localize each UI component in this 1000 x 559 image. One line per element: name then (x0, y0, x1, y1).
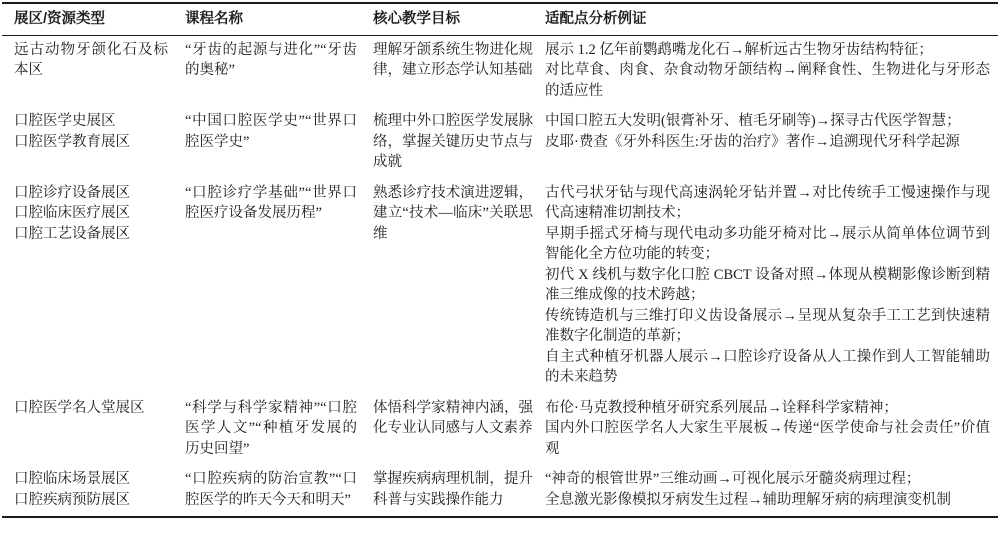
exhibit-area-cell: 口腔医学名人堂展区 (2, 394, 185, 466)
examples-cell: 布伦·马克教授种植牙研究系列展品→诠释科学家精神；国内外口腔医学名人大家生平展板… (545, 394, 998, 466)
exhibit-area-name: 口腔临床场景展区 (14, 469, 168, 490)
example-item: 展示 1.2 亿年前鹦鹉嘴龙化石→解析远古生物牙齿结构特征； (545, 40, 990, 61)
course-cell: “口腔疾病的防治宣教”“口腔医学的昨天今天和明天” (185, 465, 373, 517)
table-row: 远古动物牙颌化石及标本区“牙齿的起源与进化”“牙齿的奥秘”理解牙颌系统生物进化规… (2, 35, 998, 107)
exhibit-area-name: 口腔诊疗设备展区 (14, 183, 168, 204)
exhibit-area-name: 远古动物牙颌化石及标本区 (14, 40, 168, 81)
example-item: 布伦·马克教授种植牙研究系列展品→诠释科学家精神； (545, 398, 990, 419)
course-name: “口腔诊疗学基础” (185, 185, 305, 201)
exhibit-area-name: 口腔临床医疗展区 (14, 203, 168, 224)
teaching-goal-text: 梳理中外口腔医学发展脉络，掌握关键历史节点与成就 (373, 111, 533, 173)
table-row: 口腔医学史展区口腔医学教育展区“中国口腔医学史”“世界口腔医学史”梳理中外口腔医… (2, 107, 998, 179)
examples-cell: 中国口腔五大发明(银膏补牙、植毛牙刷等)→探寻古代医学智慧；皮耶·费查《牙外科医… (545, 107, 998, 179)
course-cell: “中国口腔医学史”“世界口腔医学史” (185, 107, 373, 179)
example-item: 初代 X 线机与数字化口腔 CBCT 设备对照→体现从模糊影像诊断到精准三维成像… (545, 265, 990, 306)
teaching-goal-cell: 熟悉诊疗技术演进逻辑，建立“技术—临床”关联思维 (373, 179, 545, 394)
table-row: 口腔临床场景展区口腔疾病预防展区“口腔疾病的防治宣教”“口腔医学的昨天今天和明天… (2, 465, 998, 517)
table-body: 远古动物牙颌化石及标本区“牙齿的起源与进化”“牙齿的奥秘”理解牙颌系统生物进化规… (2, 35, 998, 517)
table-row: 口腔医学名人堂展区“科学与科学家精神”“口腔医学人文”“种植牙发展的历史回望”体… (2, 394, 998, 466)
example-item: 中国口腔五大发明(银膏补牙、植毛牙刷等)→探寻古代医学智慧； (545, 111, 990, 132)
example-item: 对比草食、肉食、杂食动物牙颌结构→阐释食性、生物进化与牙形态的适应性 (545, 60, 990, 101)
example-item: 自主式种植牙机器人展示→口腔诊疗设备从人工操作到人工智能辅助的未来趋势 (545, 347, 990, 388)
example-item: 传统铸造机与三维打印义齿设备展示→呈现从复杂手工工艺到快速精准数字化制造的革新； (545, 306, 990, 347)
examples-cell: 古代弓状牙钻与现代高速涡轮牙钻并置→对比传统手工慢速操作与现代高速精准切割技术；… (545, 179, 998, 394)
course-name: “口腔疾病的防治宣教” (185, 471, 335, 487)
teaching-goal-text: 掌握疾病病理机制，提升科普与实践操作能力 (373, 469, 533, 510)
course-names: “中国口腔医学史”“世界口腔医学史” (185, 111, 357, 152)
course-name: “中国口腔医学史” (185, 113, 305, 129)
course-cell: “科学与科学家精神”“口腔医学人文”“种植牙发展的历史回望” (185, 394, 373, 466)
teaching-goal-text: 理解牙颌系统生物进化规律，建立形态学认知基础 (373, 40, 533, 81)
examples-cell: 展示 1.2 亿年前鹦鹉嘴龙化石→解析远古生物牙齿结构特征；对比草食、肉食、杂食… (545, 35, 998, 107)
header-adaptation-examples: 适配点分析例证 (545, 3, 998, 35)
course-names: “口腔诊疗学基础”“世界口腔医疗设备发展历程” (185, 183, 357, 224)
teaching-goal-cell: 掌握疾病病理机制，提升科普与实践操作能力 (373, 465, 545, 517)
header-exhibit-area-type: 展区/资源类型 (2, 3, 185, 35)
course-names: “口腔疾病的防治宣教”“口腔医学的昨天今天和明天” (185, 469, 357, 510)
example-item: “神奇的根管世界”三维动画→可视化展示牙髓炎病理过程； (545, 469, 990, 490)
teaching-goal-cell: 理解牙颌系统生物进化规律，建立形态学认知基础 (373, 35, 545, 107)
header-course-name: 课程名称 (185, 3, 373, 35)
exhibit-area-name: 口腔疾病预防展区 (14, 490, 168, 511)
course-cell: “口腔诊疗学基础”“世界口腔医疗设备发展历程” (185, 179, 373, 394)
course-names: “科学与科学家精神”“口腔医学人文”“种植牙发展的历史回望” (185, 398, 357, 460)
teaching-goal-cell: 梳理中外口腔医学发展脉络，掌握关键历史节点与成就 (373, 107, 545, 179)
exhibit-course-mapping-table: 展区/资源类型 课程名称 核心教学目标 适配点分析例证 远古动物牙颌化石及标本区… (2, 2, 998, 518)
example-item: 全息激光影像模拟牙病发生过程→辅助理解牙病的病理演变机制 (545, 490, 990, 511)
example-item: 古代弓状牙钻与现代高速涡轮牙钻并置→对比传统手工慢速操作与现代高速精准切割技术； (545, 183, 990, 224)
course-name: “牙齿的起源与进化” (185, 42, 320, 58)
exhibit-area-cell: 口腔诊疗设备展区口腔临床医疗展区口腔工艺设备展区 (2, 179, 185, 394)
example-item: 早期手摇式牙椅与现代电动多功能牙椅对比→展示从简单体位调节到智能化全方位功能的转… (545, 224, 990, 265)
examples-cell: “神奇的根管世界”三维动画→可视化展示牙髓炎病理过程；全息激光影像模拟牙病发生过… (545, 465, 998, 517)
exhibit-area-cell: 远古动物牙颌化石及标本区 (2, 35, 185, 107)
exhibit-area-cell: 口腔医学史展区口腔医学教育展区 (2, 107, 185, 179)
teaching-goal-text: 熟悉诊疗技术演进逻辑，建立“技术—临床”关联思维 (373, 183, 533, 245)
exhibit-area-cell: 口腔临床场景展区口腔疾病预防展区 (2, 465, 185, 517)
teaching-goal-cell: 体悟科学家精神内涵，强化专业认同感与人文素养 (373, 394, 545, 466)
example-item: 国内外口腔医学名人大家生平展板→传递“医学使命与社会责任”价值观 (545, 418, 990, 459)
table-header-row: 展区/资源类型 课程名称 核心教学目标 适配点分析例证 (2, 3, 998, 35)
exhibit-area-name: 口腔医学名人堂展区 (14, 398, 168, 419)
course-name: “科学与科学家精神” (185, 400, 320, 416)
exhibit-area-name: 口腔医学史展区 (14, 111, 168, 132)
course-names: “牙齿的起源与进化”“牙齿的奥秘” (185, 40, 357, 81)
teaching-goal-text: 体悟科学家精神内涵，强化专业认同感与人文素养 (373, 398, 533, 439)
exhibit-area-name: 口腔工艺设备展区 (14, 224, 168, 245)
example-item: 皮耶·费查《牙外科医生:牙齿的治疗》著作→追溯现代牙科学起源 (545, 132, 990, 153)
header-core-teaching-goal: 核心教学目标 (373, 3, 545, 35)
exhibit-area-name: 口腔医学教育展区 (14, 132, 168, 153)
course-cell: “牙齿的起源与进化”“牙齿的奥秘” (185, 35, 373, 107)
journal-table-page: 展区/资源类型 课程名称 核心教学目标 适配点分析例证 远古动物牙颌化石及标本区… (0, 0, 1000, 559)
table-row: 口腔诊疗设备展区口腔临床医疗展区口腔工艺设备展区“口腔诊疗学基础”“世界口腔医疗… (2, 179, 998, 394)
